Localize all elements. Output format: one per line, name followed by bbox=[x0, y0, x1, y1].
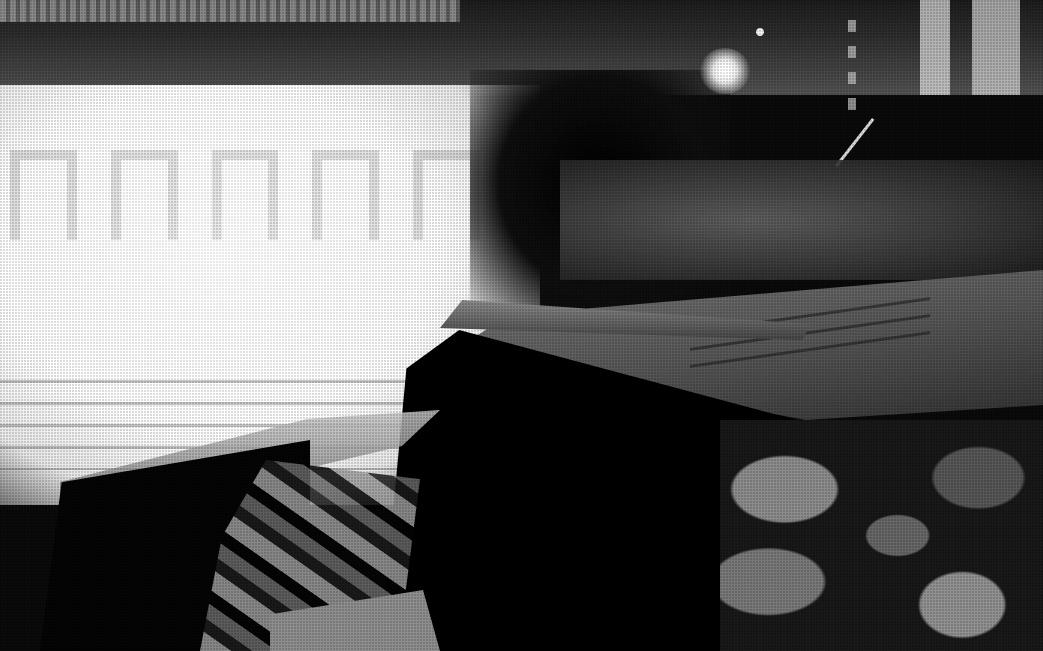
newspaper-photo bbox=[0, 0, 1043, 651]
halftone-grain bbox=[0, 0, 1043, 651]
